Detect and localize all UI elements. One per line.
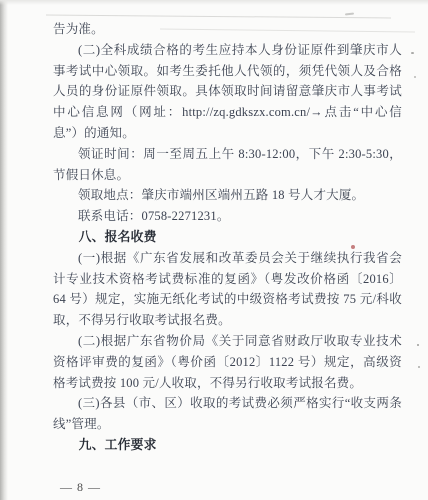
- paragraph-contact-phone: 联系电话：0758-2271231。: [53, 206, 402, 227]
- scan-edge-shadow-left: [0, 0, 8, 500]
- paragraph-fee-management-rule: (三)各县（市、区）收取的考试费必须严格实行“收支两条线”管理。: [53, 393, 402, 435]
- heading-section-eight-registration-fees: 八、报名收费: [53, 227, 402, 248]
- scan-speck: [418, 366, 420, 368]
- scan-edge-shadow-top: [0, 0, 428, 5]
- page-number: — 8 —: [60, 480, 101, 495]
- scan-speck: [414, 76, 416, 78]
- paragraph-continued-from-previous-page: 告为准。: [53, 19, 402, 40]
- scan-speck-red: [351, 245, 355, 249]
- paragraph-pickup-location: 领取地点：肇庆市端州区端州五路 18 号人才大厦。: [53, 185, 402, 206]
- scanned-document-page: 告为准。 (二)全科成绩合格的考生应持本人身份证原件到肇庆市人事考试中心领取。如…: [0, 0, 428, 500]
- scan-crease-line: [46, 14, 391, 18]
- scan-speck: [417, 344, 419, 346]
- scan-speck: [411, 52, 414, 54]
- paragraph-intermediate-exam-fee: (一)根据《广东省发展和改革委员会关于继续执行我省会计专业技术资格考试费标准的复…: [53, 248, 402, 331]
- scan-speck: [345, 13, 354, 16]
- heading-section-nine-work-requirements: 九、工作要求: [53, 435, 402, 456]
- paragraph-senior-exam-fee: (二)根据广东省物价局《关于同意省财政厅收取专业技术资格评审费的复函》（粤价函〔…: [53, 331, 402, 393]
- paragraph-certificate-pickup-rules: (二)全科成绩合格的考生应持本人身份证原件到肇庆市人事考试中心领取。如考生委托他…: [53, 40, 402, 144]
- document-body: 告为准。 (二)全科成绩合格的考生应持本人身份证原件到肇庆市人事考试中心领取。如…: [53, 19, 402, 456]
- paragraph-certificate-time: 领证时间：周一至周五上午 8:30-12:00，下午 2:30-5:30，节假日…: [53, 144, 402, 186]
